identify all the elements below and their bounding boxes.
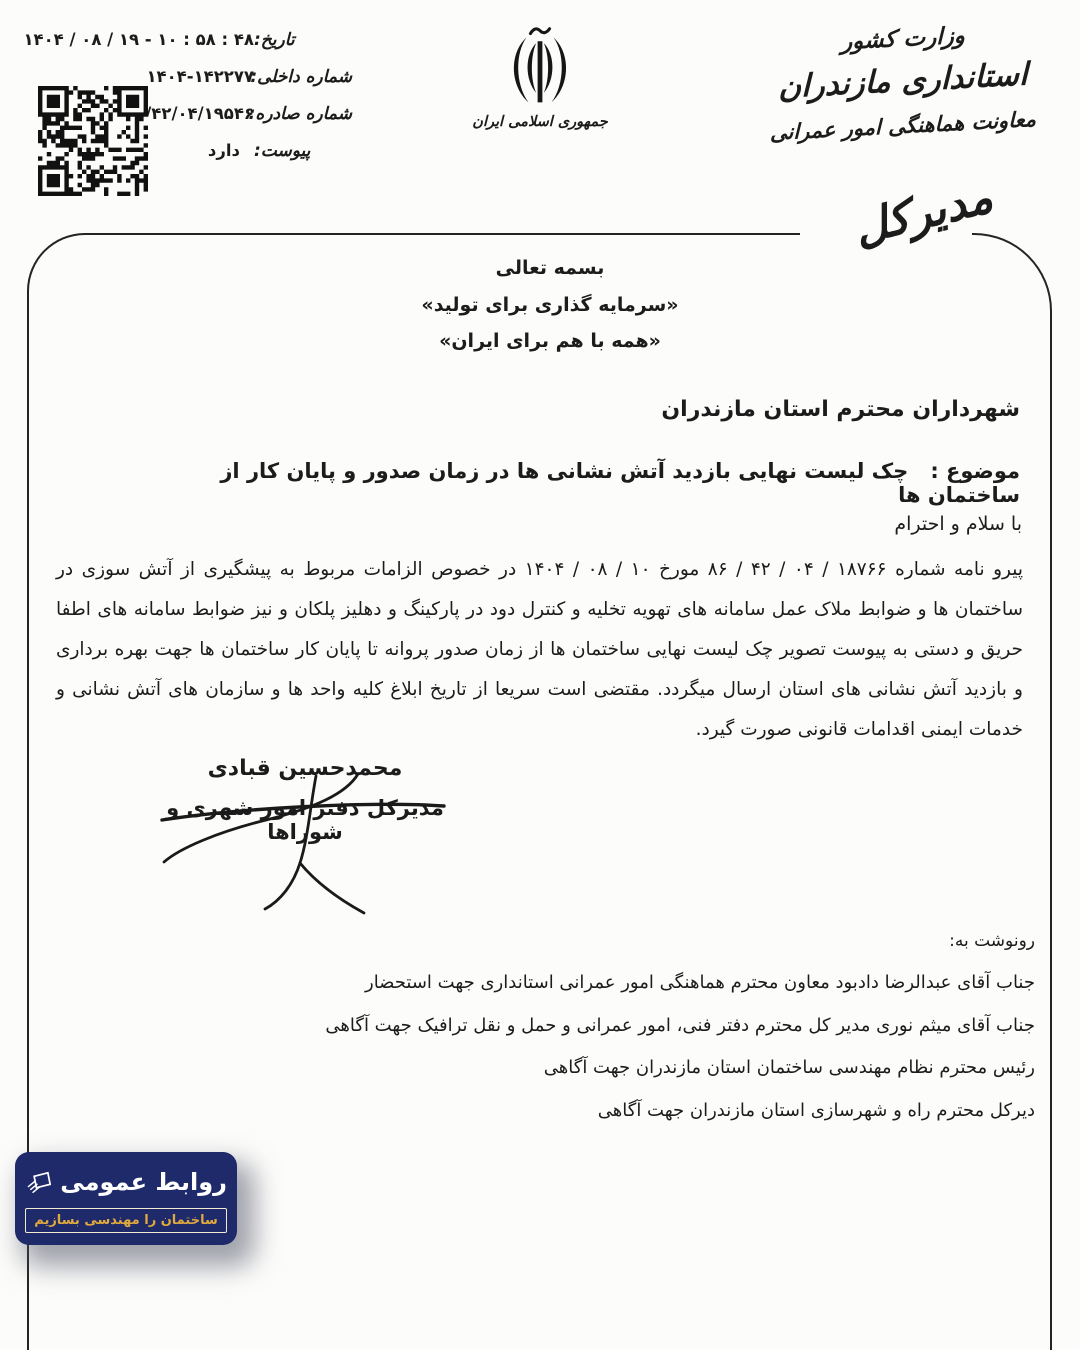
internal-number-value: ۱۴۰۴-۱۴۲۲۷۷: [146, 67, 254, 86]
letterhead-block: وزارت کشور استانداری مازندران معاونت هما…: [738, 13, 1068, 154]
date-label: تاریخ:: [254, 30, 352, 50]
emblem-caption: جمهوری اسلامی ایران: [468, 114, 612, 130]
pr-badge-subtitle: ساختمان را مهندسی بسازیم: [25, 1208, 227, 1233]
subject-line: موضوع :چک لیست نهایی بازدید آتش نشانی ها…: [160, 459, 1020, 507]
meta-row-date: تاریخ: ۱۴۰۴ / ۰۸ / ۱۹ - ۱۰ : ۵۸ : ۴۸: [80, 30, 352, 50]
cc-item: دیرکل محترم راه و شهرسازی استان مازندران…: [60, 1090, 1035, 1133]
attachment-label: پیوست:: [254, 141, 352, 161]
cc-item: رئیس محترم نظام مهندسی ساختمان استان ماز…: [60, 1047, 1035, 1090]
besmeh-text: بسمه تعالی: [290, 250, 810, 287]
slogan-production: «سرمایه گذاری برای تولید»: [290, 287, 810, 324]
pr-badge-building-icon: [25, 1164, 51, 1200]
cc-item: جناب آقای میثم نوری مدیر کل محترم دفتر ف…: [60, 1005, 1035, 1048]
emblem-icon: [492, 24, 588, 112]
addressee-line: شهرداران محترم استان مازندران: [661, 397, 1020, 422]
greeting-line: با سلام و احترام: [894, 513, 1022, 535]
pr-badge: روابط عمومی ساختمان را مهندسی بسازیم: [15, 1152, 237, 1245]
letter-page: وزارت کشور استانداری مازندران معاونت هما…: [0, 0, 1080, 1350]
pr-badge-header: روابط عمومی: [25, 1164, 227, 1200]
issued-number-label: شماره صادره:: [254, 104, 352, 124]
meta-row-internal-number: شماره داخلی: ۱۴۰۴-۱۴۲۲۷۷: [80, 67, 352, 87]
pr-badge-title: روابط عمومی: [60, 1168, 227, 1196]
attachment-value: دارد: [208, 141, 240, 160]
handwritten-signature-icon: [148, 768, 458, 918]
subject-label: موضوع :: [930, 459, 1020, 483]
cc-list: جناب آقای عبدالرضا دادبود معاون محترم هم…: [60, 962, 1035, 1132]
qr-code-icon: [38, 86, 148, 196]
invocation-block: بسمه تعالی «سرمایه گذاری برای تولید» «هم…: [290, 250, 810, 360]
cc-item: جناب آقای عبدالرضا دادبود معاون محترم هم…: [60, 962, 1035, 1005]
subject-text: چک لیست نهایی بازدید آتش نشانی ها در زما…: [220, 459, 1020, 507]
date-value: ۱۴۰۴ / ۰۸ / ۱۹ - ۱۰ : ۵۸ : ۴۸: [23, 30, 254, 49]
body-paragraph: پیرو نامه شماره ۱۸۷۶۶ / ۰۴ / ۴۲ / ۸۶ مور…: [56, 550, 1023, 750]
cc-block: رونوشت به: جناب آقای عبدالرضا دادبود معا…: [60, 931, 1035, 1132]
slogan-iran: «همه با هم برای ایران»: [290, 323, 810, 360]
national-emblem: جمهوری اسلامی ایران: [468, 24, 612, 130]
internal-number-label: شماره داخلی:: [254, 67, 352, 87]
cc-heading: رونوشت به:: [60, 931, 1035, 951]
